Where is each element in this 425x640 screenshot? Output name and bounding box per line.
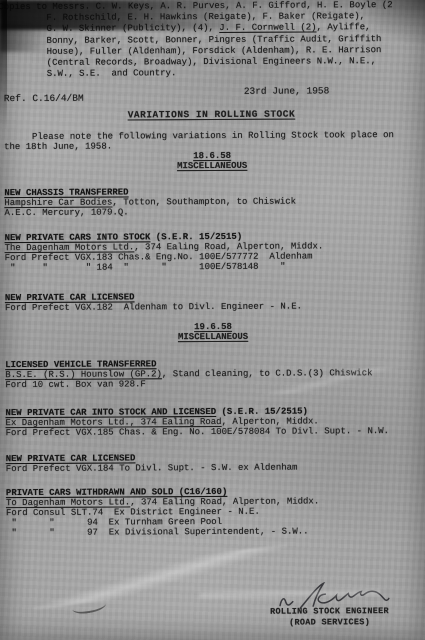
cars-into-stock-dealer: The Dagenham Motors Ltd. [5, 242, 135, 253]
cars-withdrawn-line-4: " " 97 Ex Divisional Superintendent, - S… [6, 526, 422, 538]
signatory-title-2: (ROAD SERVICES) [254, 616, 406, 627]
section1-date: 18.6.58 [193, 151, 231, 161]
section1-label: MISCELLANEOUS [177, 161, 247, 171]
chassis-entry-line-2: A.E.C. Mercury, 1079.Q. [4, 206, 420, 218]
distribution-line-7: S.W., S.E. and Country. [0, 67, 424, 80]
section2-label: MISCELLANEOUS [178, 332, 248, 342]
vehicle-transferred-line-2: Ford 10 cwt. Box van 928.F [5, 378, 421, 390]
heading-new-chassis-transferred-text: NEW CHASSIS TRANSFERRED [4, 187, 128, 198]
memo-content: Copies to Messrs. C. W. Keys, A. R. Purv… [0, 0, 425, 640]
signature-block: ROLLING STOCK ENGINEER (ROAD SERVICES) [253, 581, 405, 628]
cars-into-stock-line-3: " " " 184 " " 100E/578148 " [5, 261, 421, 273]
heading-new-private-cars-into-stock-ref: (S.E.R. 15/2515) [150, 232, 242, 242]
vehicle-transferred-rest: , Stand cleaning, to C.D.S.(3) Chiswick [162, 368, 373, 379]
distribution-line-3-pre: G. W. Skinner (Publicity), (4), [46, 23, 219, 34]
title-row: VARIATIONS IN ROLLING STOCK [0, 103, 424, 123]
scanned-memo-page: Copies to Messrs. C. W. Keys, A. R. Purv… [0, 0, 425, 640]
car-into-stock-licensed-line-2: Ford Prefect VGX.185 Chas. & Eng. No. 10… [6, 426, 422, 438]
reference-row: Ref. C.16/4/BM 23rd June, 1958 [4, 86, 418, 100]
intro-paragraph: Please note the following variations in … [4, 130, 420, 152]
section2-label-row: MISCELLANEOUS [5, 331, 421, 343]
document-date: 23rd June, 1958 [244, 86, 330, 96]
heading-new-private-car-licensed-2-text: NEW PRIVATE CAR LICENSED [6, 453, 136, 464]
distribution-line-3-post: , Ayliffe, [316, 23, 370, 33]
chassis-entry-rest: , Totton, Southampton, to Chiswick [112, 197, 296, 208]
distribution-line-3-underlined: J. F. Cornwell (2) [219, 23, 316, 34]
cars-withdrawn-buyer: To Dagenham Motors Ltd. [6, 497, 130, 508]
car-licensed-2-line-1: Ford Prefect VGX.184 To Divl. Supt. - S.… [6, 462, 422, 474]
document-title: VARIATIONS IN ROLLING STOCK [128, 109, 295, 121]
chassis-entry-source: Hampshire Car Bodies [4, 198, 112, 209]
section1-label-row: MISCELLANEOUS [4, 160, 420, 172]
distribution-list: Copies to Messrs. C. W. Keys, A. R. Purv… [0, 0, 424, 81]
car-into-stock-licensed-address: , Alperton, Middx. [222, 416, 319, 427]
cars-withdrawn-address: , 374 Ealing Road, Alperton, Middx. [130, 496, 319, 507]
memo-body: 18.6.58 MISCELLANEOUS NEW CHASSIS TRANSF… [4, 150, 422, 538]
heading-new-car-into-stock-and-licensed-ref: (S.E.R. 15/2515) [216, 407, 308, 417]
reference-number: Ref. C.16/4/BM [4, 93, 84, 104]
car-licensed-line-1: Ford Prefect VGX.182 Aldenham to Divl. E… [5, 301, 421, 313]
section2-date: 19.6.58 [194, 322, 232, 332]
heading-new-private-car-licensed-1-text: NEW PRIVATE CAR LICENSED [5, 292, 135, 303]
